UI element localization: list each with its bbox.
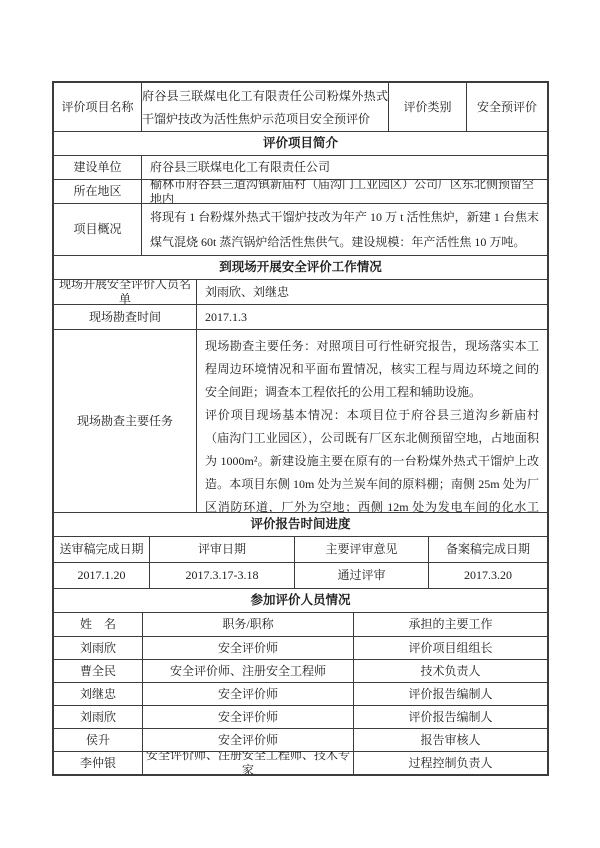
construction-unit-row: 建设单位 府谷县三联煤电化工有限责任公司: [54, 155, 547, 179]
participants-section-title: 参加评价人员情况: [54, 589, 547, 612]
schedule-header-review-opinion: 主要评审意见: [294, 537, 428, 562]
project-overview-label: 项目概况: [54, 204, 141, 255]
participant-name: 曹全民: [54, 660, 142, 682]
project-name-label: 评价项目名称: [54, 83, 141, 131]
site-work-section-title: 到现场开展安全评价工作情况: [54, 256, 547, 279]
intro-section-title-row: 评价项目简介: [54, 131, 547, 155]
schedule-section-title-row: 评价报告时间进度: [54, 512, 547, 536]
participant-duty: 技术负责人: [353, 660, 547, 682]
participants-header-role: 职务/职称: [142, 613, 353, 636]
category-label: 评价类别: [388, 83, 466, 131]
survey-task-paragraph-1: 现场勘查主要任务：对照项目可行性研究报告，现场落实本工程周边环境情况和平面布置情…: [205, 335, 539, 404]
participant-duty: 评价报告编制人: [353, 706, 547, 728]
location-value: 榆林市府谷县三道沟镇新庙村（庙沟门工业园区）公司厂区东北侧预留空地内: [141, 180, 547, 203]
participant-name: 刘雨欣: [54, 706, 142, 728]
site-staff-value: 刘雨欣、刘继忠: [196, 280, 547, 304]
project-overview-value: 将现有 1 台粉煤外热式干馏炉技改为年产 10 万 t 活性焦炉，新建 1 台焦…: [150, 204, 539, 255]
participant-row: 曹全民 安全评价师、注册安全工程师 技术负责人: [54, 659, 547, 682]
participant-role: 安全评价师: [142, 637, 353, 659]
location-label: 所在地区: [54, 180, 141, 203]
participant-row: 刘继忠 安全评价师 评价报告编制人: [54, 682, 547, 705]
participant-role: 安全评价师: [142, 729, 353, 751]
evaluation-form-table: 评价项目名称 府谷县三联煤电化工有限责任公司粉煤外热式干馏炉技改为活性焦炉示范项…: [52, 81, 549, 776]
schedule-value-review-date: 2017.3.17-3.18: [149, 563, 294, 588]
participant-role: 安全评价师、注册安全工程师: [142, 660, 353, 682]
participants-header-row: 姓 名 职务/职称 承担的主要工作: [54, 612, 547, 636]
survey-date-label: 现场勘查时间: [54, 305, 196, 329]
survey-task-row: 现场勘查主要任务 现场勘查主要任务：对照项目可行性研究报告，现场落实本工程周边环…: [54, 329, 547, 512]
project-overview-value-cell: 将现有 1 台粉煤外热式干馏炉技改为年产 10 万 t 活性焦炉，新建 1 台焦…: [141, 204, 547, 255]
schedule-section-title: 评价报告时间进度: [54, 513, 547, 536]
project-name-value: 府谷县三联煤电化工有限责任公司粉煤外热式干馏炉技改为活性焦炉示范项目安全预评价: [142, 84, 388, 131]
participant-name: 李仲银: [54, 752, 142, 774]
participant-name: 刘雨欣: [54, 637, 142, 659]
schedule-value-record-date: 2017.3.20: [428, 563, 547, 588]
participant-role: 安全评价师: [142, 683, 353, 705]
schedule-value-draft-date: 2017.1.20: [54, 563, 149, 588]
participant-row: 李仲银 安全评价师、注册安全工程师、技术专家 过程控制负责人: [54, 751, 547, 774]
survey-date-value: 2017.1.3: [196, 305, 547, 329]
intro-section-title: 评价项目简介: [54, 132, 547, 155]
participants-section-title-row: 参加评价人员情况: [54, 588, 547, 612]
document-page: { "doc": { "header": { "project_label": …: [0, 0, 600, 848]
project-header-row: 评价项目名称 府谷县三联煤电化工有限责任公司粉煤外热式干馏炉技改为活性焦炉示范项…: [54, 83, 547, 131]
schedule-values-row: 2017.1.20 2017.3.17-3.18 通过评审 2017.3.20: [54, 562, 547, 588]
survey-task-value-cell: 现场勘查主要任务：对照项目可行性研究报告，现场落实本工程周边环境情况和平面布置情…: [196, 330, 547, 512]
participant-duty: 报告审核人: [353, 729, 547, 751]
project-name-value-cell: 府谷县三联煤电化工有限责任公司粉煤外热式干馏炉技改为活性焦炉示范项目安全预评价: [141, 83, 388, 131]
participant-name: 刘继忠: [54, 683, 142, 705]
participant-row: 刘雨欣 安全评价师 评价报告编制人: [54, 705, 547, 728]
participants-header-name: 姓 名: [54, 613, 142, 636]
participant-role: 安全评价师: [142, 706, 353, 728]
participants-header-duty: 承担的主要工作: [353, 613, 547, 636]
survey-task-label: 现场勘查主要任务: [54, 330, 196, 512]
survey-date-row: 现场勘查时间 2017.1.3: [54, 304, 547, 329]
participant-role: 安全评价师、注册安全工程师、技术专家: [142, 752, 353, 774]
site-staff-row: 现场开展安全评价人员名单 刘雨欣、刘继忠: [54, 279, 547, 304]
participant-duty: 评价项目组组长: [353, 637, 547, 659]
schedule-header-row: 送审稿完成日期 评审日期 主要评审意见 备案稿完成日期: [54, 536, 547, 562]
participant-row: 刘雨欣 安全评价师 评价项目组组长: [54, 636, 547, 659]
location-row: 所在地区 榆林市府谷县三道沟镇新庙村（庙沟门工业园区）公司厂区东北侧预留空地内: [54, 179, 547, 203]
participant-duty: 过程控制负责人: [353, 752, 547, 774]
project-overview-row: 项目概况 将现有 1 台粉煤外热式干馏炉技改为年产 10 万 t 活性焦炉，新建…: [54, 203, 547, 255]
site-work-section-title-row: 到现场开展安全评价工作情况: [54, 255, 547, 279]
schedule-header-record-date: 备案稿完成日期: [428, 537, 547, 562]
schedule-header-draft-date: 送审稿完成日期: [54, 537, 149, 562]
survey-task-paragraph-2: 评价项目现场基本情况：本项目位于府谷县三道沟乡新庙村（庙沟门工业园区），公司既有…: [205, 404, 539, 512]
schedule-header-review-date: 评审日期: [149, 537, 294, 562]
participant-name: 侯升: [54, 729, 142, 751]
site-staff-label: 现场开展安全评价人员名单: [54, 280, 196, 304]
category-value: 安全预评价: [466, 83, 547, 131]
participant-row: 侯升 安全评价师 报告审核人: [54, 728, 547, 751]
participant-duty: 评价报告编制人: [353, 683, 547, 705]
construction-unit-label: 建设单位: [54, 156, 141, 179]
construction-unit-value: 府谷县三联煤电化工有限责任公司: [141, 156, 547, 179]
schedule-value-review-opinion: 通过评审: [294, 563, 428, 588]
